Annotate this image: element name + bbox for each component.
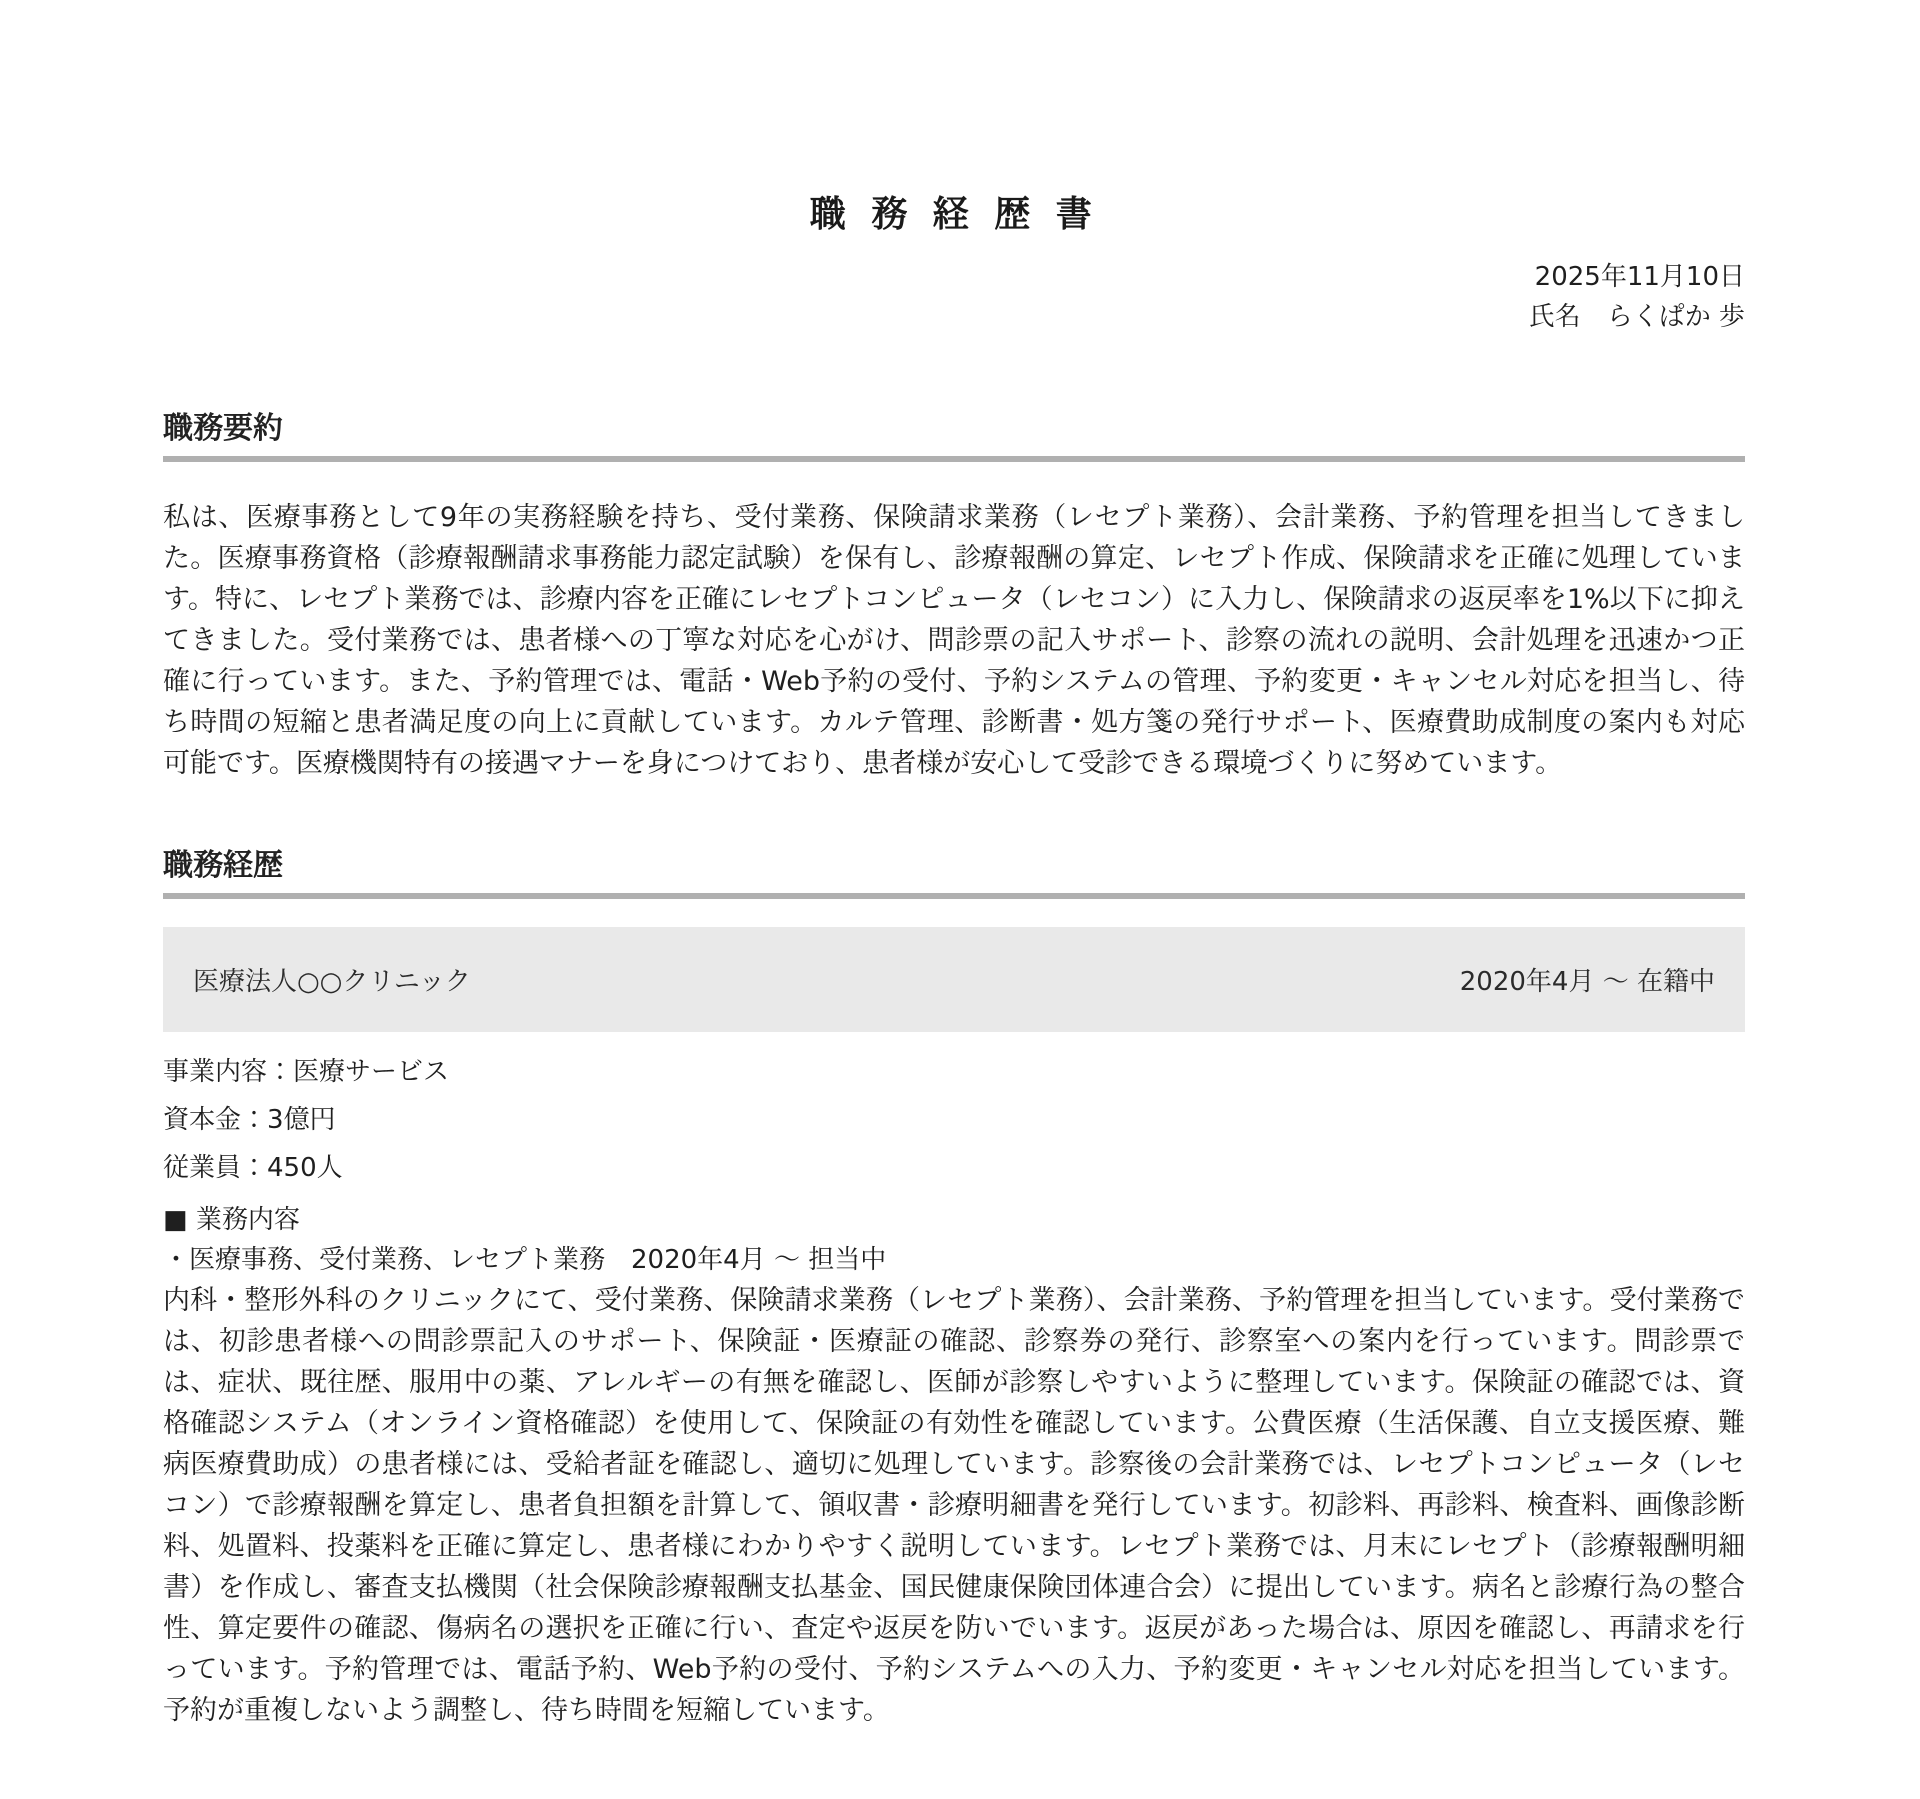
summary-section: 職務要約 私は、医療事務として9年の実務経験を持ち、受付業務、保険請求業務（レセ… (163, 409, 1745, 784)
company-name: 医療法人○○クリニック (193, 961, 471, 998)
document-title: 職 務 経 歴 書 (163, 0, 1745, 237)
company-business: 事業内容：医療サービス (163, 1048, 1745, 1096)
duties-role-line: ・医療事務、受付業務、レセプト業務 2020年4月 ～ 担当中 (163, 1240, 1745, 1280)
summary-heading: 職務要約 (163, 409, 1745, 449)
company-employees: 従業員：450人 (163, 1144, 1745, 1192)
company-info: 事業内容：医療サービス 資本金：3億円 従業員：450人 (163, 1048, 1745, 1192)
date-line: 2025年11月10日 (163, 257, 1745, 297)
header-meta: 2025年11月10日 氏名 らくぱか 歩 (163, 257, 1745, 337)
history-heading: 職務経歴 (163, 846, 1745, 886)
history-divider (163, 893, 1745, 899)
duties-paragraph: 内科・整形外科のクリニックにて、受付業務、保険請求業務（レセプト業務）、会計業務… (163, 1280, 1745, 1731)
summary-divider (163, 456, 1745, 462)
company-capital: 資本金：3億円 (163, 1096, 1745, 1144)
resume-page: 職 務 経 歴 書 2025年11月10日 氏名 らくぱか 歩 職務要約 私は、… (163, 0, 1745, 1731)
company-period: 2020年4月 ～ 在籍中 (1460, 961, 1715, 998)
duties-block: ■ 業務内容 ・医療事務、受付業務、レセプト業務 2020年4月 ～ 担当中 内… (163, 1200, 1745, 1731)
duties-heading: ■ 業務内容 (163, 1200, 1745, 1240)
company-header: 医療法人○○クリニック 2020年4月 ～ 在籍中 (163, 927, 1745, 1032)
history-section: 職務経歴 医療法人○○クリニック 2020年4月 ～ 在籍中 事業内容：医療サー… (163, 846, 1745, 1731)
summary-paragraph: 私は、医療事務として9年の実務経験を持ち、受付業務、保険請求業務（レセプト業務）… (163, 497, 1745, 784)
name-line: 氏名 らくぱか 歩 (163, 297, 1745, 337)
